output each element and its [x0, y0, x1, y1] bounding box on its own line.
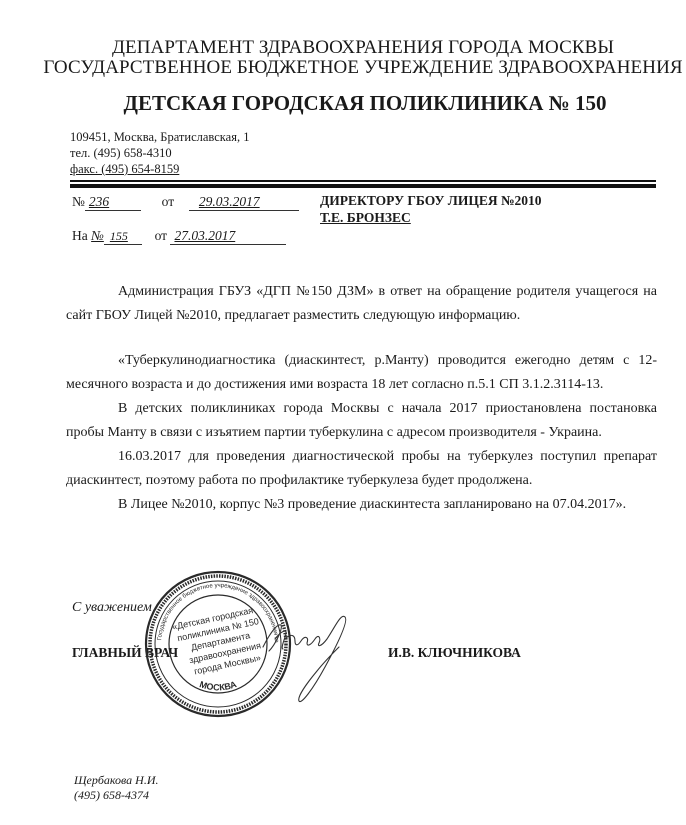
p1-line-2: месячного возраста и до достижения ими в…: [66, 373, 657, 397]
p3-line-2: диаскинтест, поэтому работа по профилакт…: [66, 469, 657, 493]
paragraph-4: В Лицее №2010, корпус №3 проведение диас…: [66, 493, 657, 517]
separator-thin: [70, 180, 656, 182]
number-value: 236: [85, 194, 141, 211]
p4-line-1: В Лицее №2010, корпус №3 проведение диас…: [118, 497, 626, 512]
from-label: от: [162, 194, 174, 209]
date-value: 29.03.2017: [189, 194, 299, 211]
reply-label: На: [72, 228, 88, 243]
paragraph-2: В детских поликлиниках города Москвы с н…: [66, 397, 657, 445]
signature-icon: [255, 605, 365, 715]
reply-from-label: от: [155, 228, 167, 243]
p1-line-1: «Туберкулинодиагностика (диаскинтест, р.…: [118, 353, 657, 368]
reply-number-value: 155: [104, 229, 142, 245]
address: 109451, Москва, Братиславская, 1: [70, 130, 249, 145]
executor-name: Щербакова Н.И.: [74, 773, 159, 788]
reply-reference: На №155 от 27.03.2017: [72, 228, 286, 245]
clinic-title: ДЕТСКАЯ ГОРОДСКАЯ ПОЛИКЛИНИКА № 150: [22, 91, 686, 116]
paragraph-3: 16.03.2017 для проведения диагностическо…: [66, 445, 657, 493]
fax: факс. (495) 654-8159: [70, 162, 179, 177]
intro-line-1: Администрация ГБУЗ «ДГП №150 ДЗМ» в отве…: [118, 284, 657, 299]
p2-line-2: пробы Манту в связи с изъятием партии ту…: [66, 421, 657, 445]
outgoing-reference: №236 от 29.03.2017: [72, 194, 299, 211]
p3-line-1: 16.03.2017 для проведения диагностическо…: [118, 449, 657, 464]
department-name: ДЕПАРТАМЕНТ ЗДРАВООХРАНЕНИЯ ГОРОДА МОСКВ…: [20, 37, 686, 59]
signer-name: И.В. КЛЮЧНИКОВА: [388, 645, 521, 661]
phone: тел. (495) 658-4310: [70, 146, 172, 161]
intro-paragraph: Администрация ГБУЗ «ДГП №150 ДЗМ» в отве…: [66, 280, 657, 328]
paragraph-1: «Туберкулинодиагностика (диаскинтест, р.…: [66, 349, 657, 397]
number-label: №: [72, 194, 85, 209]
reply-date-value: 27.03.2017: [170, 228, 286, 245]
separator-thick: [70, 184, 656, 188]
intro-line-2: сайт ГБОУ Лицей №2010, предлагает размес…: [66, 304, 657, 328]
executor-phone: (495) 658-4374: [74, 788, 149, 803]
reply-number-label: №: [91, 228, 104, 243]
institution-type: ГОСУДАРСТВЕННОЕ БЮДЖЕТНОЕ УЧРЕЖДЕНИЕ ЗДР…: [20, 57, 686, 79]
recipient-name: Т.Е. БРОНЗЕС: [320, 210, 411, 226]
regards: С уважением: [72, 600, 152, 616]
recipient-title: ДИРЕКТОРУ ГБОУ ЛИЦЕЯ №2010: [320, 193, 542, 209]
p2-line-1: В детских поликлиниках города Москвы с н…: [118, 401, 657, 416]
